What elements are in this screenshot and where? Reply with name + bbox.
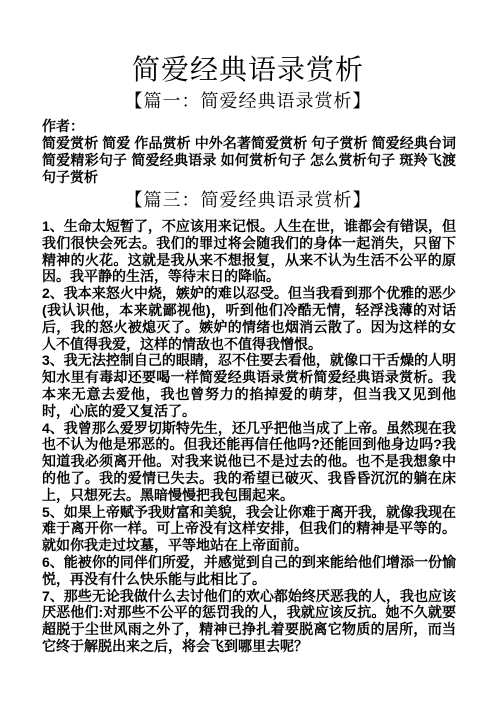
quote-paragraph-4: 4、我曾那么爱罗切斯特先生，还几乎把他当成了上帝。虽然现在我也不认为他是邪恶的。…	[42, 420, 456, 504]
quote-paragraph-5: 5、如果上帝赋予我财富和美貌，我会让你难于离开我，就像我现在难于离开你一样。可上…	[42, 504, 456, 554]
keywords-text: 简爱赏析 简爱 作品赏析 中外名著简爱赏析 句子赏析 简爱经典台词 简爱精彩句子…	[42, 135, 456, 186]
quote-paragraph-1: 1、生命太短暂了，不应该用来记恨。人生在世，谁都会有错误，但我们很快会死去。我们…	[42, 218, 456, 285]
author-label: 作者：	[42, 118, 456, 135]
quote-paragraph-2: 2、我本来怒火中烧，嫉妒的难以忍受。但当我看到那个优雅的恶少(我认识他，本来就鄙…	[42, 285, 456, 352]
quotes-body: 1、生命太短暂了，不应该用来记恨。人生在世，谁都会有错误，但我们很快会死去。我们…	[42, 218, 456, 655]
section-heading-part-three: 【篇三：简爱经典语录赏析】	[0, 189, 496, 212]
document-page: 简爱经典语录赏析 【篇一：简爱经典语录赏析】 作者： 简爱赏析 简爱 作品赏析 …	[0, 0, 496, 702]
document-title: 简爱经典语录赏析	[0, 54, 496, 88]
quote-paragraph-6: 6、能被你的同伴们所爱，并感觉到自己的到来能给他们增添一份愉悦，再没有什么快乐能…	[42, 554, 456, 588]
section-heading-part-one: 【篇一：简爱经典语录赏析】	[0, 90, 496, 113]
quote-paragraph-7: 7、那些无论我做什么去讨他们的欢心都始终厌恶我的人，我也应该厌恶他们:对那些不公…	[42, 588, 456, 655]
quote-paragraph-3: 3、我无法控制自己的眼睛，忍不住要去看他，就像口干舌燥的人明知水里有毒却还要喝一…	[42, 352, 456, 419]
author-block: 作者： 简爱赏析 简爱 作品赏析 中外名著简爱赏析 句子赏析 简爱经典台词 简爱…	[42, 118, 456, 186]
